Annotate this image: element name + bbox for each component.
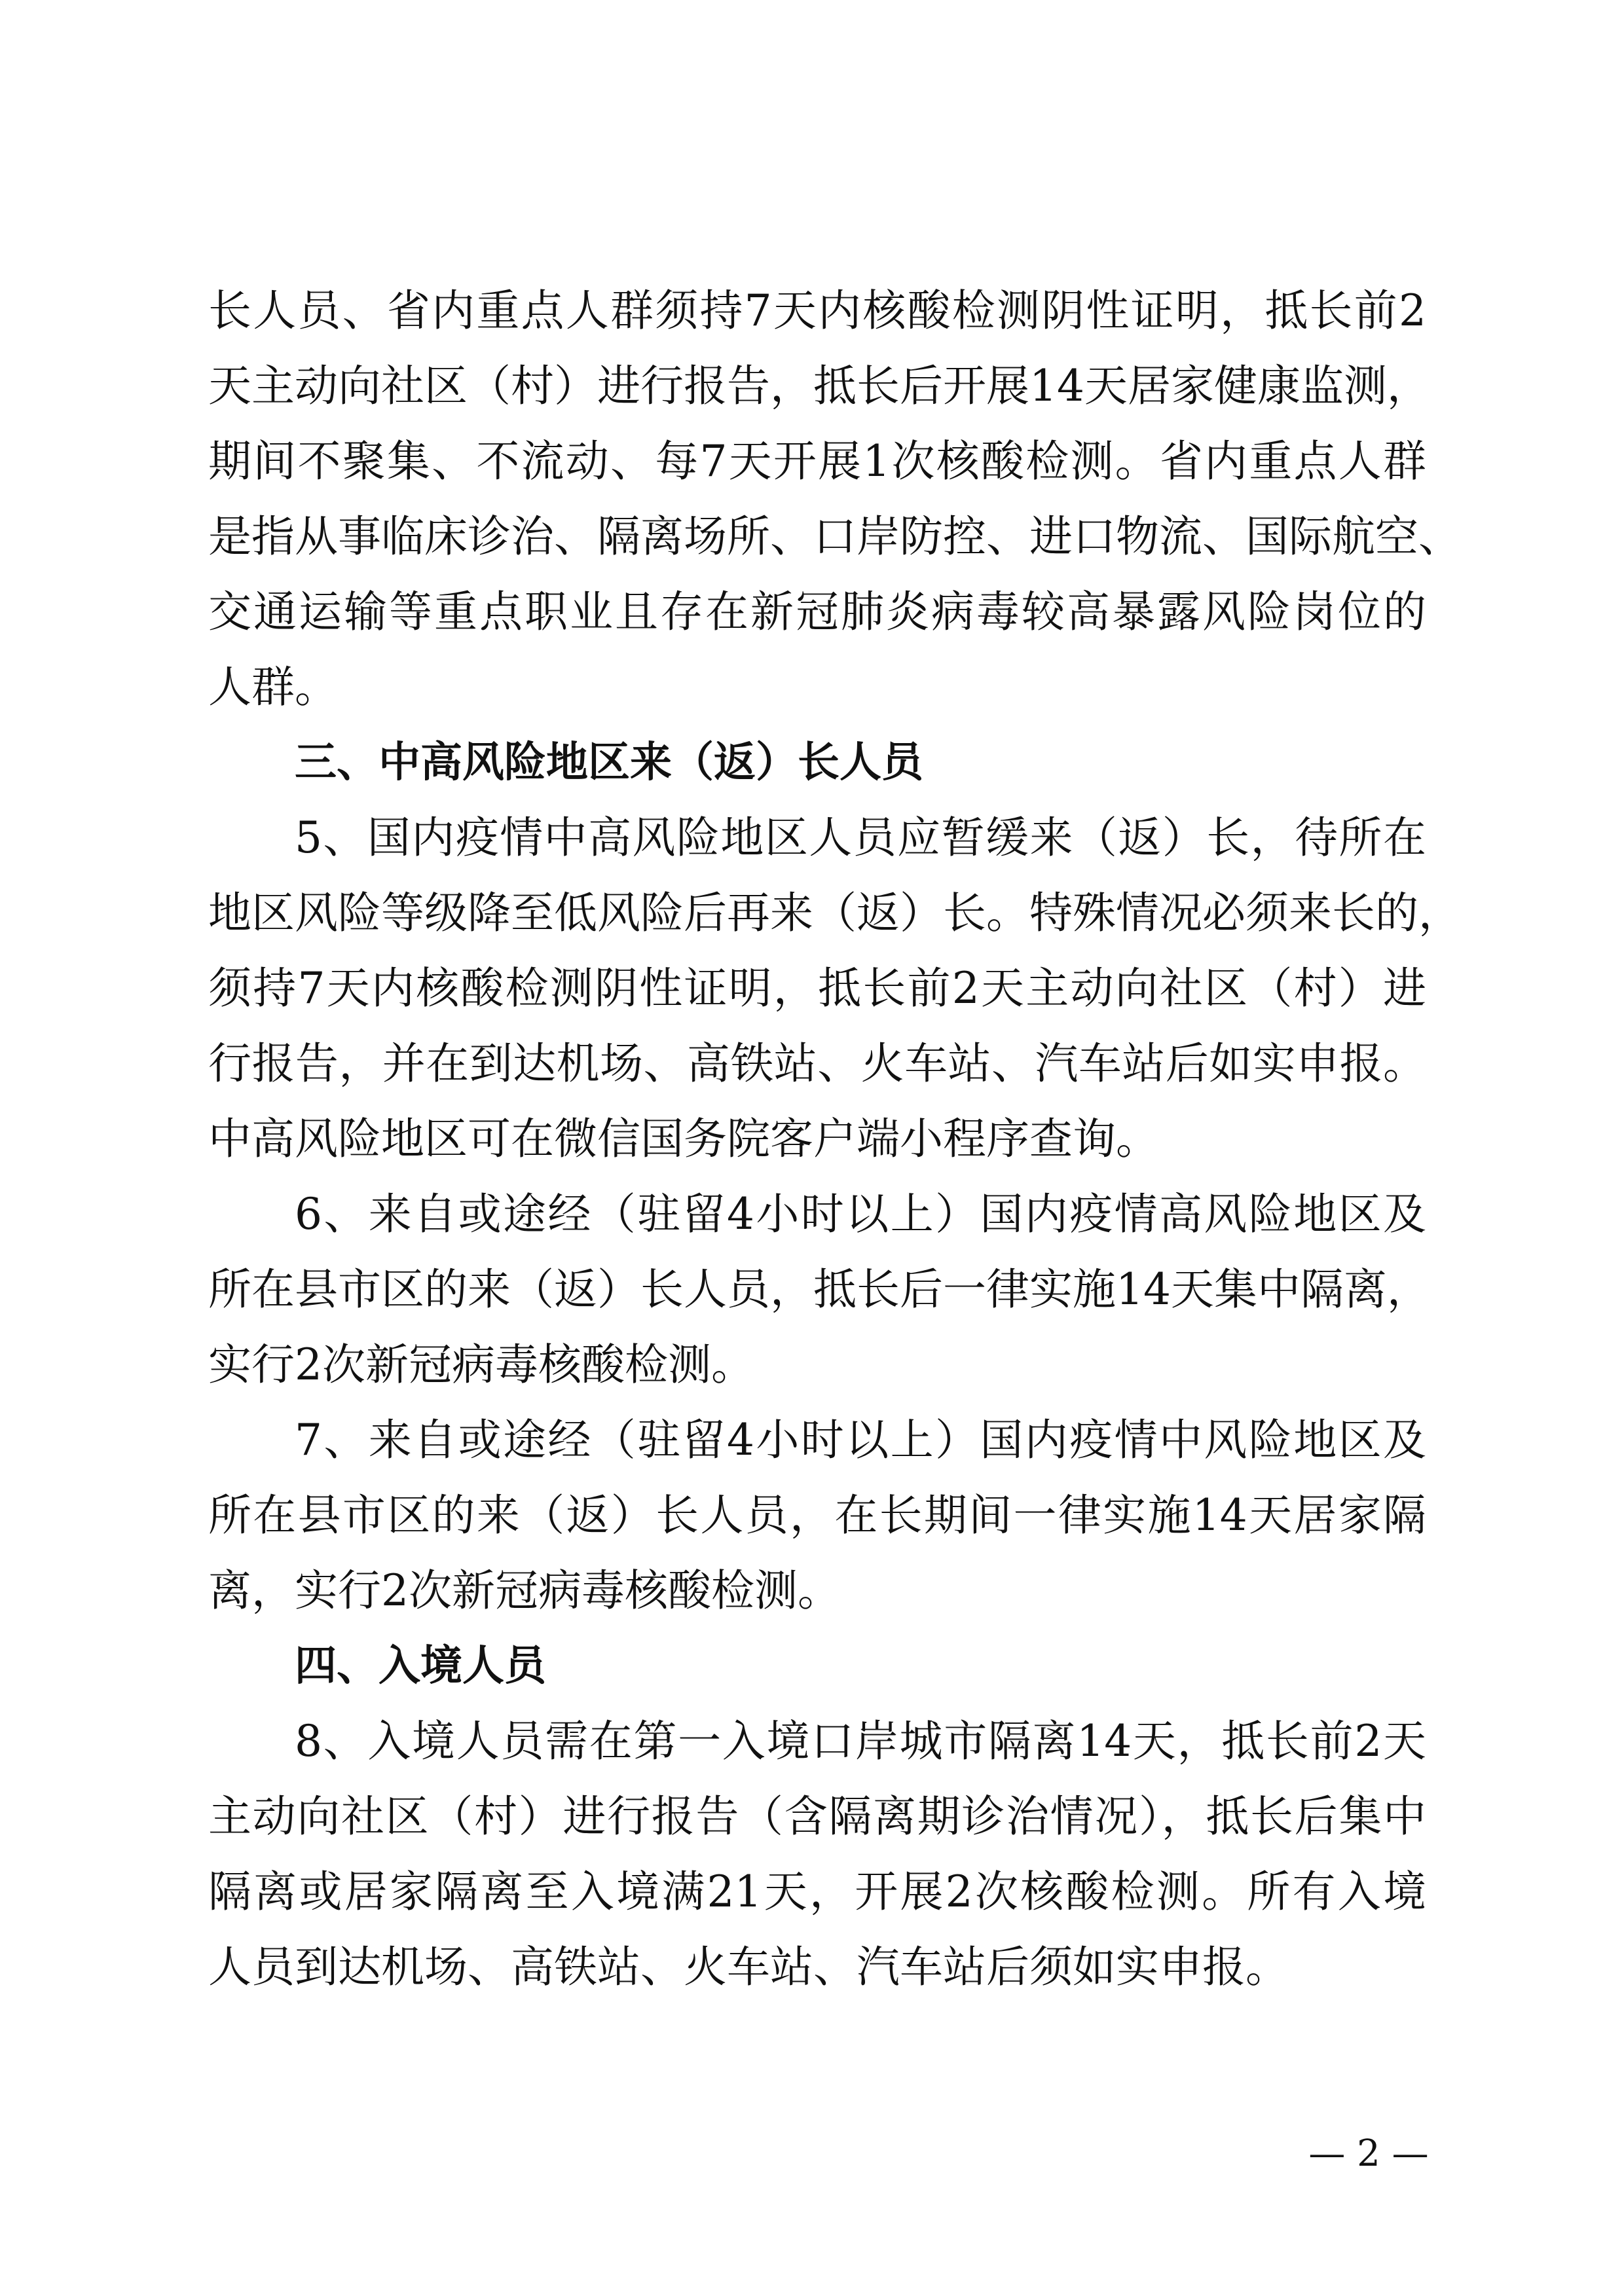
paragraph-line: 长人员、省内重点人群须持7天内核酸检测阴性证明，抵长前2 [208,282,1426,340]
item-6-line: 6、来自或途经（驻留4小时以上）国内疫情高风险地区及 [295,1185,1426,1244]
paragraph-line: 期间不聚集、不流动、每7天开展1次核酸检测。省内重点人群 [208,432,1426,491]
section-heading-4: 四、入境人员 [295,1637,546,1696]
item-5-line: 须持7天内核酸检测阴性证明，抵长前2天主动向社区（村）进 [208,959,1426,1018]
item-8-line: 8、入境人员需在第一入境口岸城市隔离14天，抵长前2天 [295,1712,1426,1771]
item-6-line: 所在县市区的来（返）长人员，抵长后一律实施14天集中隔离， [208,1260,1426,1319]
document-page: 长人员、省内重点人群须持7天内核酸检测阴性证明，抵长前2 天主动向社区（村）进行… [0,0,1624,2296]
paragraph-line: 交通运输等重点职业且存在新冠肺炎病毒较高暴露风险岗位的 [208,583,1426,642]
item-5-line: 地区风险等级降至低风险后再来（返）长。特殊情况必须来长的， [208,884,1426,943]
item-7-line: 离，实行2次新冠病毒核酸检测。 [208,1561,1426,1620]
item-5-line: 行报告，并在到达机场、高铁站、火车站、汽车站后如实申报。 [208,1034,1426,1093]
item-6-line: 实行2次新冠病毒核酸检测。 [208,1336,1426,1394]
item-5-line: 5、国内疫情中高风险地区人员应暂缓来（返）长，待所在 [295,809,1426,867]
item-7-line: 所在县市区的来（返）长人员，在长期间一律实施14天居家隔 [208,1486,1426,1545]
paragraph-line: 天主动向社区（村）进行报告，抵长后开展14天居家健康监测， [208,357,1426,416]
paragraph-line: 是指从事临床诊治、隔离场所、口岸防控、进口物流、国际航空、 [208,507,1426,566]
section-heading-3: 三、中高风险地区来（返）长人员 [295,733,923,792]
item-8-line: 主动向社区（村）进行报告（含隔离期诊治情况），抵长后集中 [208,1787,1426,1846]
item-5-line: 中高风险地区可在微信国务院客户端小程序查询。 [208,1110,1426,1169]
item-8-line: 人员到达机场、高铁站、火车站、汽车站后须如实申报。 [208,1938,1426,1997]
paragraph-line: 人群。 [208,658,1426,717]
item-7-line: 7、来自或途经（驻留4小时以上）国内疫情中风险地区及 [295,1411,1426,1470]
page-number: — 2 — [1297,2131,1441,2177]
item-8-line: 隔离或居家隔离至入境满21天，开展2次核酸检测。所有入境 [208,1863,1426,1922]
